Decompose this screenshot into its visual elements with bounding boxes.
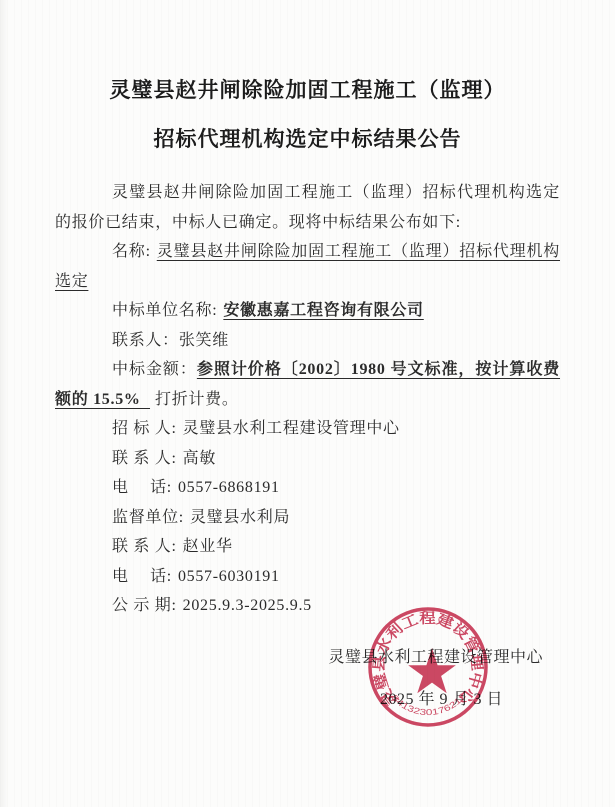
info-line-contact-1: 联 系 人:高敏 (55, 444, 560, 474)
info-value: 灵璧县水利工程建设管理中心 (183, 420, 400, 437)
info-label: 招 标 人: (112, 420, 177, 437)
field-name-label: 名称: (112, 243, 151, 260)
signature-org: 灵璧县水利工程建设管理中心 (0, 646, 543, 670)
info-line-publicity-period: 公 示 期:2025.9.3-2025.9.5 (55, 591, 560, 621)
info-value: 高敏 (183, 450, 216, 467)
info-value: 赵业华 (183, 538, 233, 555)
info-label: 公 示 期: (112, 597, 177, 614)
field-winner-contact-label: 联系人： (112, 332, 179, 349)
field-name: 名称:灵璧县赵井闸除险加固工程施工（监理）招标代理机构选定 (55, 237, 560, 296)
field-winner: 中标单位名称:安徽惠嘉工程咨询有限公司 (55, 296, 560, 326)
signature-date: 2025 年 9 月 3 日 (0, 688, 503, 712)
document-body: 灵璧县赵井闸除险加固工程施工（监理）招标代理机构选定的报价已结束，中标人已确定。… (55, 178, 560, 621)
field-amount-tail: 打折计费。 (155, 391, 239, 408)
info-label: 电 话: (112, 479, 172, 496)
info-line-phone-2: 电 话:0557-6030191 (55, 562, 560, 592)
field-amount-label: 中标金额： (112, 361, 197, 378)
page-title: 灵璧县赵井闸除险加固工程施工（监理） 招标代理机构选定中标结果公告 (55, 66, 560, 164)
document-page: 灵璧县赵井闸除险加固工程施工（监理） 招标代理机构选定中标结果公告 灵璧县赵井闸… (0, 0, 615, 807)
info-line-contact-2: 联 系 人:赵业华 (55, 532, 560, 562)
info-line-tenderer: 招 标 人:灵璧县水利工程建设管理中心 (55, 414, 560, 444)
info-value: 0557-6868191 (178, 479, 280, 496)
field-winner-contact-value: 张笑维 (179, 332, 229, 349)
info-value: 0557-6030191 (178, 568, 280, 585)
page-title-line-2: 招标代理机构选定中标结果公告 (55, 115, 560, 164)
page-title-line-1: 灵璧县赵井闸除险加固工程施工（监理） (55, 66, 560, 115)
info-label: 电 话: (112, 568, 172, 585)
info-label: 联 系 人: (112, 538, 177, 555)
field-winner-value: 安徽惠嘉工程咨询有限公司 (223, 302, 423, 319)
field-winner-contact: 联系人：张笑维 (55, 326, 560, 356)
info-line-supervisor: 监督单位:灵璧县水利局 (55, 503, 560, 533)
intro-paragraph: 灵璧县赵井闸除险加固工程施工（监理）招标代理机构选定的报价已结束，中标人已确定。… (55, 178, 560, 237)
info-label: 监督单位: (112, 509, 184, 526)
info-label: 联 系 人: (112, 450, 177, 467)
field-amount: 中标金额：参照计价格〔2002〕1980 号文标准，按计算收费额的 15.5% … (55, 355, 560, 414)
field-winner-label: 中标单位名称: (112, 302, 217, 319)
info-line-phone-1: 电 话:0557-6868191 (55, 473, 560, 503)
info-value: 灵璧县水利局 (190, 509, 290, 526)
info-value: 2025.9.3-2025.9.5 (183, 597, 312, 614)
